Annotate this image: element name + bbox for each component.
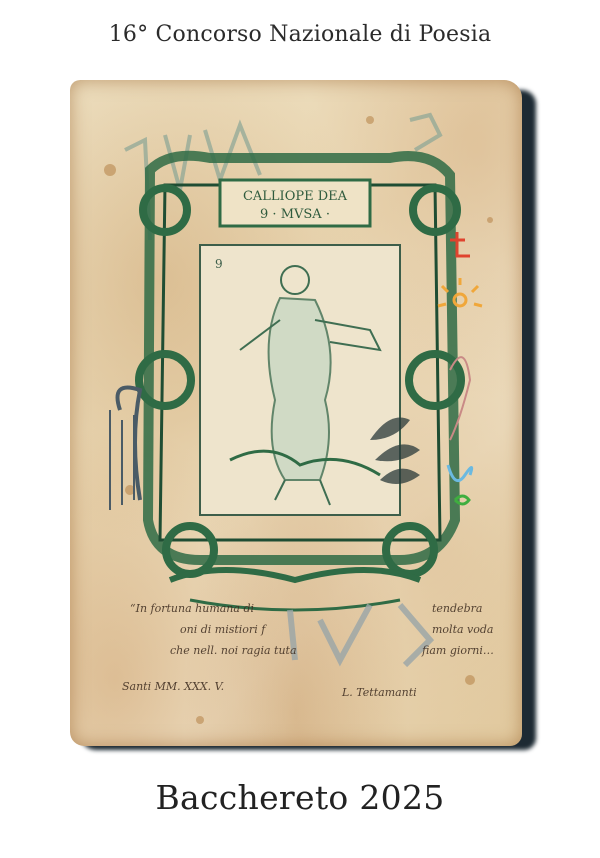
- handwriting-line2-right: molta voda: [432, 623, 493, 636]
- cartouche-line1: CALLIOPE DEA: [243, 189, 348, 204]
- handwriting-line1-left: “In fortuna humana di: [130, 602, 254, 615]
- artist-signature: L. Tettamanti: [342, 686, 417, 699]
- event-location-year: Bacchereto 2025: [0, 778, 600, 817]
- cartouche-line2: 9 · MVSA ·: [260, 207, 330, 222]
- contest-title: 16° Concorso Nazionale di Poesia: [0, 22, 600, 47]
- handwriting-date: Santi MM. XXX. V.: [122, 680, 224, 693]
- parchment-artwork: CALLIOPE DEA 9 · MVSA · 9: [70, 80, 522, 746]
- handwriting-line3-right: fiam giorni…: [422, 644, 494, 657]
- handwriting-line2-left: oni di mistiori f: [180, 623, 265, 636]
- handwriting-line3-left: che nell. noi ragia tuta: [170, 644, 297, 657]
- handwriting-line1-right: tendebra: [432, 602, 482, 615]
- number-label: 9: [215, 257, 223, 271]
